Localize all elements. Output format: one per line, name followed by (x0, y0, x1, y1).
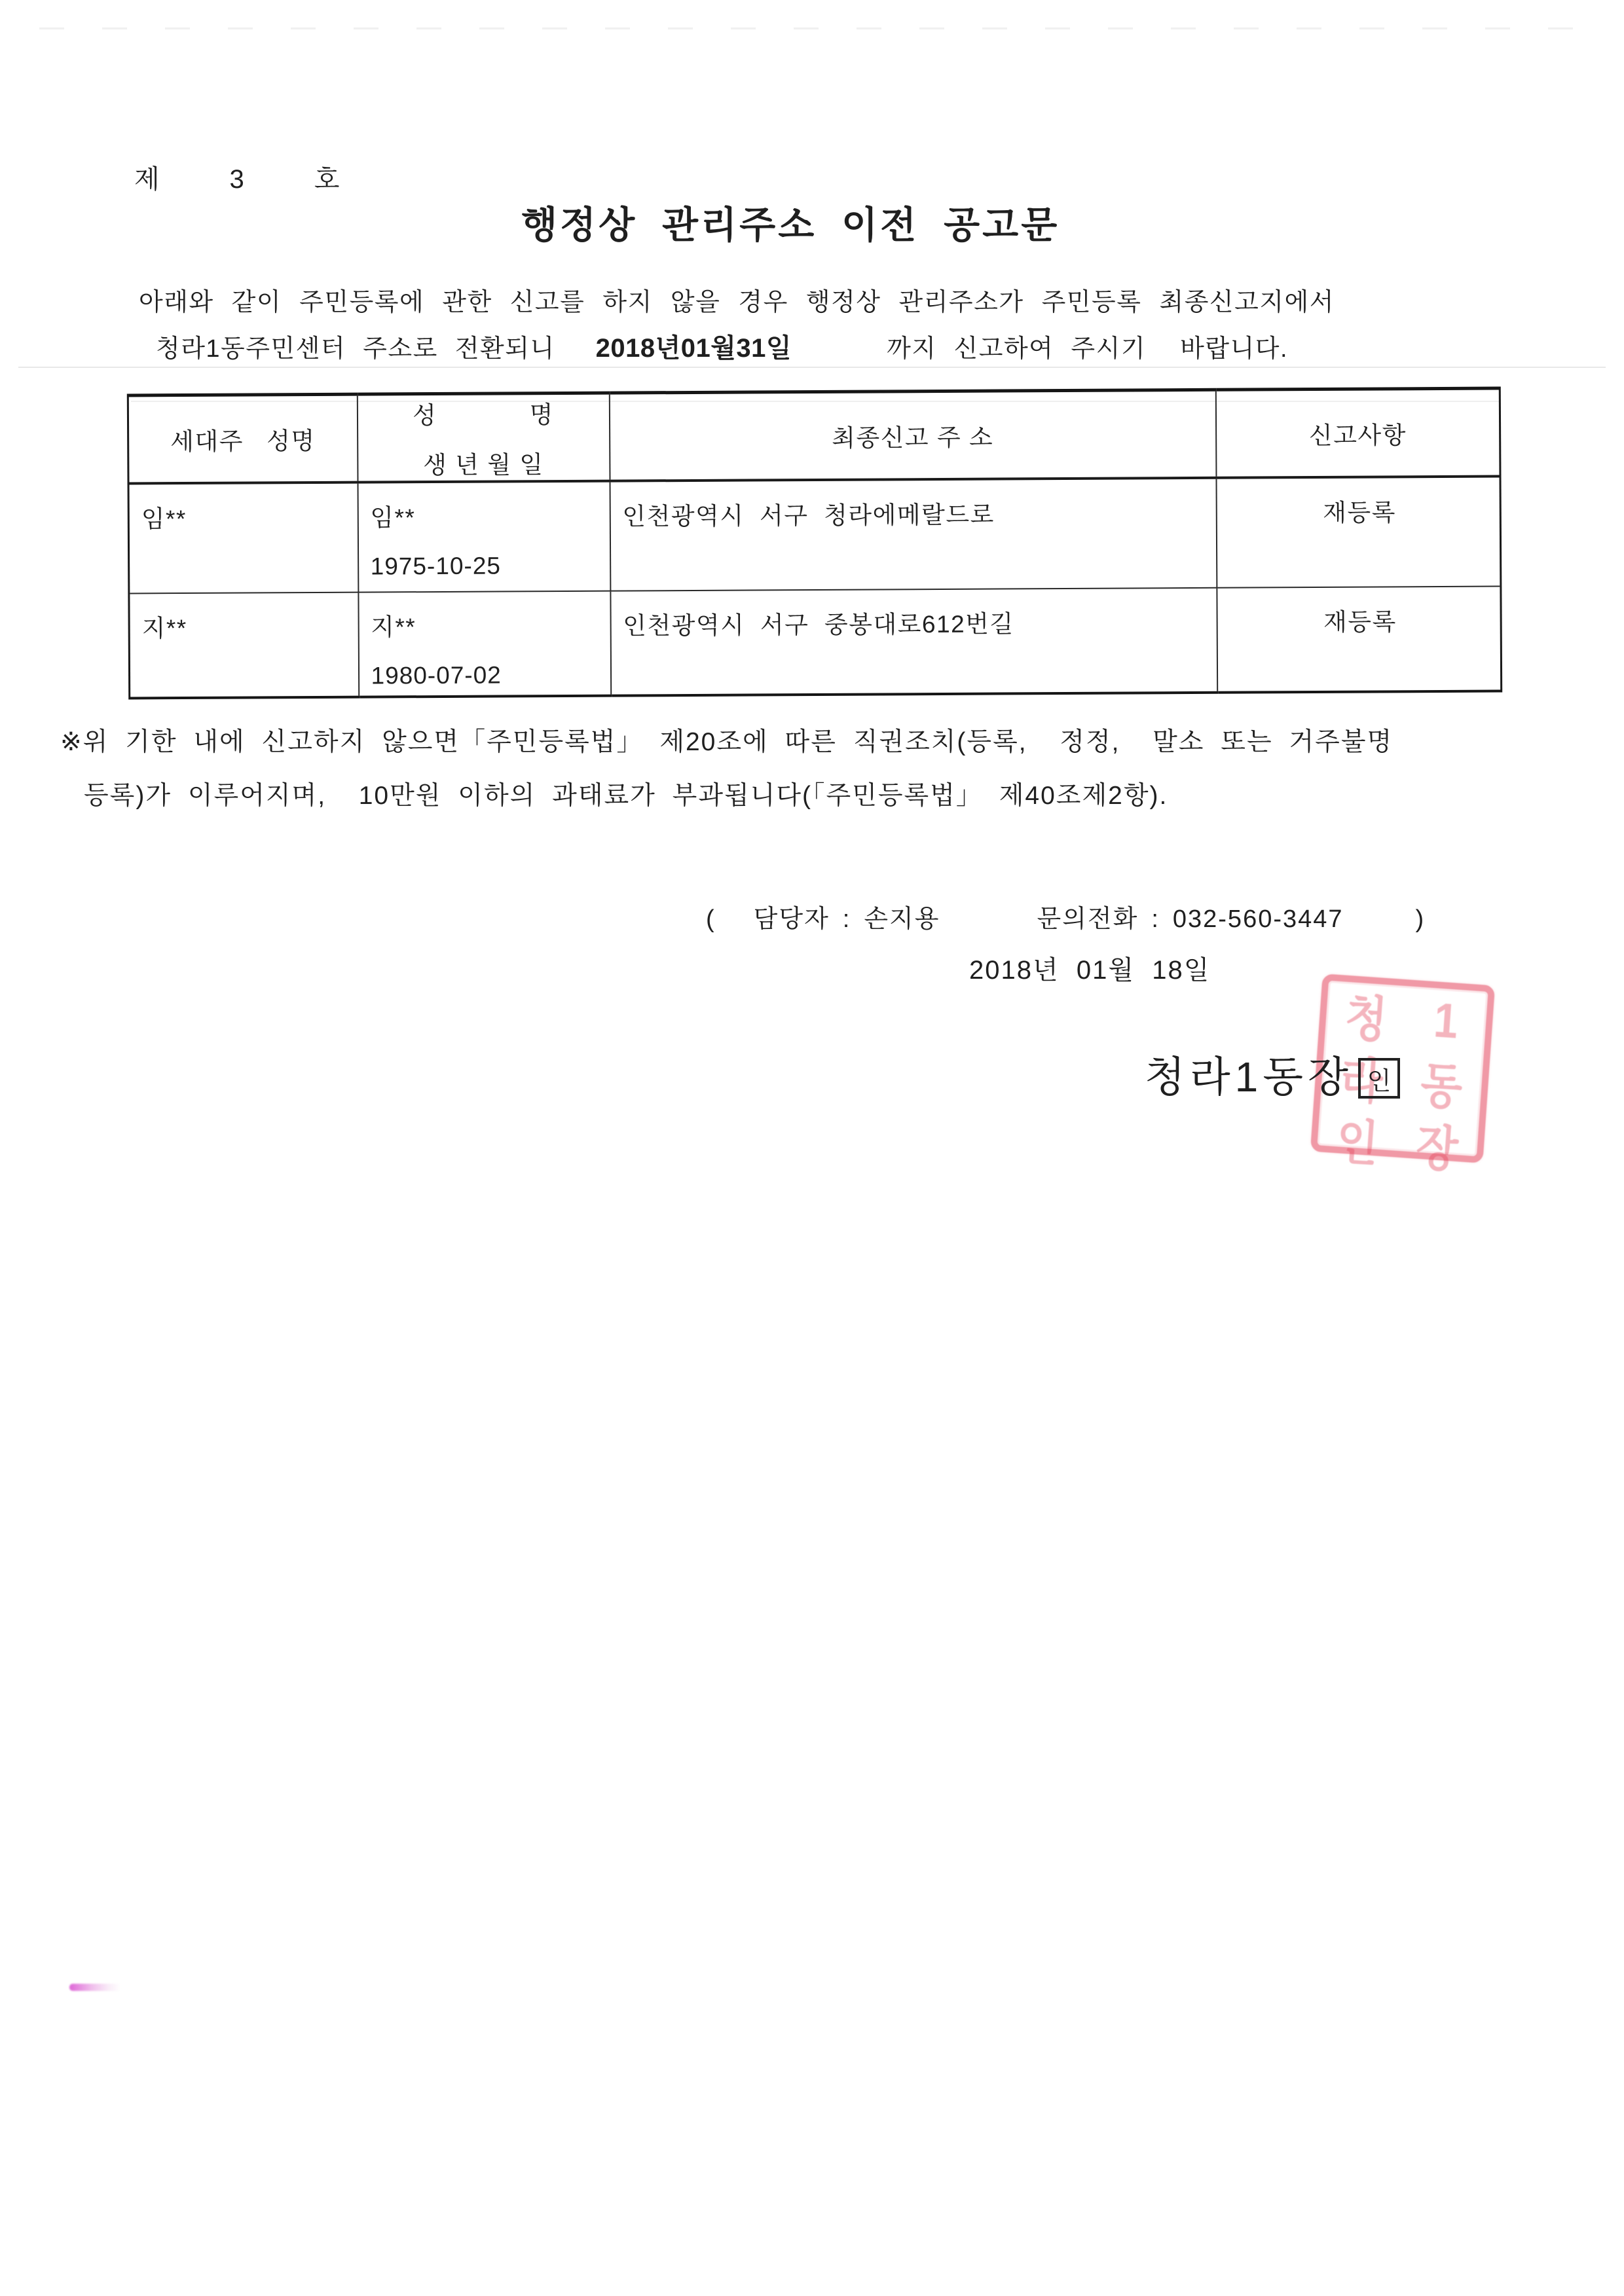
phone-number: 032-560-3447 (1173, 905, 1344, 934)
header-report-type: 신고사항 (1215, 388, 1500, 478)
report-deadline-date: 2018년01월31일 (596, 327, 792, 365)
stamp-char: 청 (1343, 978, 1390, 1051)
stamp-char: 동 (1418, 1046, 1465, 1118)
colon: : (843, 905, 851, 934)
stamp-char: 인 (1335, 1102, 1381, 1175)
header-birthdate-line: 생 년 월 일 (362, 445, 605, 481)
table-row: 임** 임** 1975-10-25 인천광역시 서구 청라에메랄드로 재등록 (128, 477, 1501, 594)
scan-artifact-line-above-table (18, 367, 1606, 368)
cell-address: 인천광역시 서구 청라에메랄드로 (610, 478, 1217, 591)
seal-placeholder-char: 인 (1367, 1061, 1392, 1097)
cell-birthdate: 1975-10-25 (371, 552, 600, 581)
header-name-birthdate: 성 명 생 년 월 일 (357, 393, 610, 483)
scan-artifact-pink-smudge (69, 1984, 120, 1991)
cell-householder: 지** (129, 592, 359, 699)
header-householder-name: 세대주 성명 (128, 394, 358, 483)
manager-label: 담당자 (754, 898, 830, 934)
cell-birthdate: 1980-07-02 (371, 661, 600, 690)
cell-name-birthdate: 지** 1980-07-02 (358, 591, 611, 697)
issue-date: 2018년 01월 18일 (969, 949, 1210, 987)
manager-name: 손지용 (864, 898, 940, 934)
signer-title: 청라1동장 (1145, 1044, 1353, 1104)
intro-paragraph-line2: 청라1동주민센터 주소로 전환되니 2018년01월31일 까지 신고하여 주시… (156, 327, 1288, 365)
intro-paragraph-line1: 아래와 같이 주민등록에 관한 신고를 하지 않을 경우 행정상 관리주소가 주… (139, 282, 1335, 318)
colon: : (1151, 905, 1160, 934)
cell-name: 지** (371, 606, 600, 643)
stamp-char: 장 (1414, 1108, 1461, 1180)
page-title: 행정상 관리주소 이전 공고문 (521, 195, 1060, 249)
close-paren: ) (1416, 905, 1426, 934)
cell-name-birthdate: 임** 1975-10-25 (358, 481, 610, 592)
resident-notice-table: 세대주 성명 성 명 생 년 월 일 최종신고 주 소 신고사항 임** 임**… (127, 387, 1502, 700)
legal-note-line1: ※위 기한 내에 신고하지 않으면「주민등록법」 제20조에 따른 직권조치(등… (60, 721, 1393, 758)
seal-placeholder-box: 인 (1358, 1058, 1400, 1099)
legal-note-line2: 등록)가 이루어지며, 10만원 이하의 과태료가 부과됩니다(「주민등록법」 … (84, 775, 1168, 812)
cell-report-type: 재등록 (1216, 477, 1501, 588)
scan-artifact-top-line (39, 27, 1591, 29)
phone-label: 문의전화 (1037, 898, 1138, 934)
scanned-notice-page: 제 3 호 행정상 관리주소 이전 공고문 아래와 같이 주민등록에 관한 신고… (0, 0, 1624, 2296)
stamp-char: 1 (1432, 991, 1460, 1048)
header-name-line: 성 명 (361, 395, 604, 431)
intro-line2-prefix: 청라1동주민센터 주소로 전환되니 (156, 328, 555, 364)
intro-line2-suffix: 까지 신고하여 주시기 바랍니다. (887, 328, 1288, 364)
header-last-reported-address: 최종신고 주 소 (609, 390, 1216, 481)
table-header-row: 세대주 성명 성 명 생 년 월 일 최종신고 주 소 신고사항 (128, 388, 1500, 483)
cell-name: 임** (370, 497, 600, 534)
open-paren: ( (706, 905, 716, 934)
cell-householder: 임** (128, 483, 358, 594)
contact-info-line: ( 담당자 : 손지용 문의전화 : 032-560-3447 ) (706, 898, 1425, 934)
cell-report-type: 재등록 (1217, 587, 1502, 693)
table-row: 지** 지** 1980-07-02 인천광역시 서구 중봉대로612번길 재등… (129, 587, 1502, 699)
document-number: 제 3 호 (134, 158, 341, 196)
cell-address: 인천광역시 서구 중봉대로612번길 (610, 588, 1217, 696)
